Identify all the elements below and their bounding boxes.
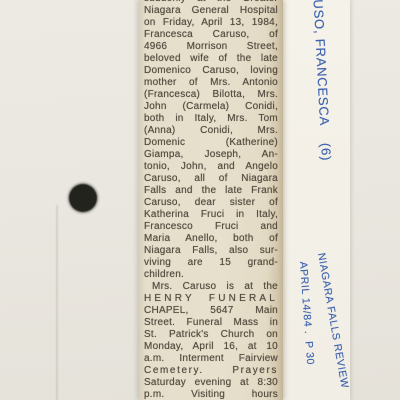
clipping-line: Maria Anello, both of bbox=[144, 233, 278, 245]
clipping-line: p.m. Visiting hours bbox=[144, 389, 278, 400]
clipping-line: Domenic (Katherine) bbox=[144, 137, 278, 149]
clipping-line: Francesco Fruci and bbox=[144, 221, 278, 233]
clipping-line: Domenico Caruso, loving bbox=[144, 65, 278, 77]
clipping-line: Monday, April 16, at 10 bbox=[144, 341, 278, 353]
clipping-line: (Anna) Conidi, Mrs. bbox=[144, 125, 278, 137]
clipping-text-column: suddenly at the GreaterNiagara General H… bbox=[144, 0, 278, 400]
clipping-line: Katherina Fruci in Italy, bbox=[144, 209, 278, 221]
clipping-line: Falls and the late Frank bbox=[144, 185, 278, 197]
clipping-line: Mrs. Caruso is at the bbox=[144, 281, 278, 293]
clipping-line: Saturday evening at 8:30 bbox=[144, 377, 278, 389]
clipping-line: Francesca Caruso, of bbox=[144, 29, 278, 41]
clipping-line: HENRY FUNERAL bbox=[144, 293, 278, 305]
clipping-line: 4966 Morrison Street, bbox=[144, 41, 278, 53]
paper-left-edge bbox=[56, 205, 58, 400]
clipping-line: (Francesca) Bilotta, Mrs. bbox=[144, 89, 278, 101]
clipping-line: viving are 15 grand- bbox=[144, 257, 278, 269]
clipping-line: CHAPEL, 5647 Main bbox=[144, 305, 278, 317]
clipping-line: a.m. Interment Fairview bbox=[144, 353, 278, 365]
ink-dot bbox=[69, 184, 97, 212]
clipping-line: beloved wife of the late bbox=[144, 53, 278, 65]
clipping-line: on Friday, April 13, 1984, bbox=[144, 17, 278, 29]
clipping-line: both in Italy, Mrs. Tom bbox=[144, 113, 278, 125]
clipping-line: Niagara Falls, also sur- bbox=[144, 245, 278, 257]
clipping-line: children. bbox=[144, 269, 278, 281]
obituary-clipping: suddenly at the GreaterNiagara General H… bbox=[139, 0, 283, 400]
clipping-line: Street. Funeral Mass in bbox=[144, 317, 278, 329]
clipping-line: Caruso, dear sister of bbox=[144, 197, 278, 209]
clipping-line: John (Carmela) Conidi, bbox=[144, 101, 278, 113]
clipping-line: Caruso, all of Niagara bbox=[144, 173, 278, 185]
clipping-line: Cemetery. Prayers bbox=[144, 365, 278, 377]
clipping-line: Giampa, Joseph, An- bbox=[144, 149, 278, 161]
clipping-line: Niagara General Hospital bbox=[144, 5, 278, 17]
clipping-line: St. Patrick's Church on bbox=[144, 329, 278, 341]
clipping-line: mother of Mrs. Antonio bbox=[144, 77, 278, 89]
clipping-line: tonio, John, and Angelo bbox=[144, 161, 278, 173]
scanned-page: suddenly at the GreaterNiagara General H… bbox=[0, 0, 400, 400]
